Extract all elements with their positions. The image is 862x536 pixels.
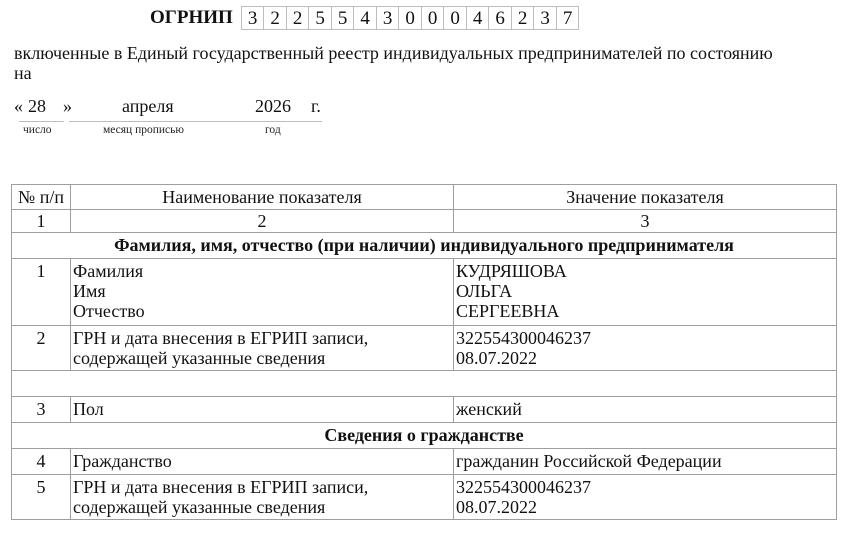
header-indicator: Наименование показателя [71, 185, 454, 210]
indicator-line: содержащей указанные сведения [73, 348, 451, 368]
ogrnip-digit: 2 [264, 6, 287, 30]
section-title [12, 371, 837, 397]
value-line: 322554300046237 [456, 328, 834, 348]
indicator-line: Имя [73, 281, 451, 301]
ogrnip-digits: 3 2 2 5 5 4 3 0 0 0 4 6 2 3 7 [241, 6, 580, 30]
value-line: 322554300046237 [456, 477, 834, 497]
section-heading-row: Фамилия, имя, отчество (при наличии) инд… [12, 233, 837, 259]
ogrnip-digit: 0 [422, 6, 445, 30]
date-close-quote: » [63, 96, 72, 117]
value-line: СЕРГЕЕВНА [456, 301, 834, 321]
ogrnip-digit: 3 [534, 6, 557, 30]
ogrnip-digit: 5 [332, 6, 355, 30]
ogrnip-digit: 2 [287, 6, 310, 30]
ogrnip-digit: 2 [512, 6, 535, 30]
value-line: 08.07.2022 [456, 497, 834, 517]
row-value: КУДРЯШОВА ОЛЬГА СЕРГЕЕВНА [454, 259, 837, 326]
intro-text: включенные в Единый государственный реес… [14, 43, 794, 83]
row-value: женский [454, 397, 837, 423]
row-indicator: Гражданство [71, 449, 454, 475]
row-indicator: Пол [71, 397, 454, 423]
ogrnip-digit: 0 [399, 6, 422, 30]
ogrnip-digit: 3 [242, 6, 265, 30]
ogrnip-digit: 3 [377, 6, 400, 30]
ogrnip-digit: 6 [489, 6, 512, 30]
row-indicator: ГРН и дата внесения в ЕГРИП записи, соде… [71, 326, 454, 371]
date-day: 28 [28, 96, 46, 117]
section-heading-row: Сведения о гражданстве [12, 423, 837, 449]
day-caption: число [23, 124, 52, 136]
index-cell: 1 [12, 210, 71, 233]
row-number: 1 [12, 259, 71, 326]
row-indicator: ГРН и дата внесения в ЕГРИП записи, соде… [71, 475, 454, 520]
index-cell: 3 [454, 210, 837, 233]
date-year: 2026 [255, 96, 291, 117]
date-open-quote: « [14, 96, 23, 117]
empty-section-row [12, 371, 837, 397]
table-row: 1 Фамилия Имя Отчество КУДРЯШОВА ОЛЬГА С… [12, 259, 837, 326]
month-caption: месяц прописью [103, 124, 184, 136]
section-title: Сведения о гражданстве [12, 423, 837, 449]
value-line: КУДРЯШОВА [456, 261, 834, 281]
ogrnip-digit: 5 [309, 6, 332, 30]
table-row: 4 Гражданство гражданин Российской Федер… [12, 449, 837, 475]
indicator-line: содержащей указанные сведения [73, 497, 451, 517]
row-indicator: Фамилия Имя Отчество [71, 259, 454, 326]
ogrnip-digit: 7 [557, 6, 580, 30]
table-row: 3 Пол женский [12, 397, 837, 423]
ogrnip-digit: 4 [354, 6, 377, 30]
value-line: 08.07.2022 [456, 348, 834, 368]
row-value: 322554300046237 08.07.2022 [454, 475, 837, 520]
row-number: 3 [12, 397, 71, 423]
ogrnip-block: ОГРНИП 3 2 2 5 5 4 3 0 0 0 4 6 2 3 7 [150, 6, 579, 30]
indicator-line: Отчество [73, 301, 451, 321]
section-title: Фамилия, имя, отчество (при наличии) инд… [12, 233, 837, 259]
table-row: 2 ГРН и дата внесения в ЕГРИП записи, со… [12, 326, 837, 371]
ogrnip-digit: 4 [467, 6, 490, 30]
date-month: апреля [122, 96, 174, 117]
ogrnip-digit: 0 [444, 6, 467, 30]
index-cell: 2 [71, 210, 454, 233]
indicator-line: ГРН и дата внесения в ЕГРИП записи, [73, 477, 451, 497]
indicator-line: Фамилия [73, 261, 451, 281]
header-number: № п/п [12, 185, 71, 210]
year-caption: год [265, 124, 281, 136]
extract-table: № п/п Наименование показателя Значение п… [11, 184, 837, 520]
month-underline [69, 121, 249, 122]
header-value: Значение показателя [454, 185, 837, 210]
table-header-row: № п/п Наименование показателя Значение п… [12, 185, 837, 210]
table-index-row: 1 2 3 [12, 210, 837, 233]
day-underline [19, 121, 64, 122]
ogrnip-label: ОГРНИП [150, 6, 233, 30]
row-number: 4 [12, 449, 71, 475]
row-number: 2 [12, 326, 71, 371]
table-row: 5 ГРН и дата внесения в ЕГРИП записи, со… [12, 475, 837, 520]
row-value: гражданин Российской Федерации [454, 449, 837, 475]
date-year-suffix: г. [311, 96, 321, 117]
row-number: 5 [12, 475, 71, 520]
indicator-line: ГРН и дата внесения в ЕГРИП записи, [73, 328, 451, 348]
value-line: ОЛЬГА [456, 281, 834, 301]
year-underline [242, 121, 322, 122]
row-value: 322554300046237 08.07.2022 [454, 326, 837, 371]
